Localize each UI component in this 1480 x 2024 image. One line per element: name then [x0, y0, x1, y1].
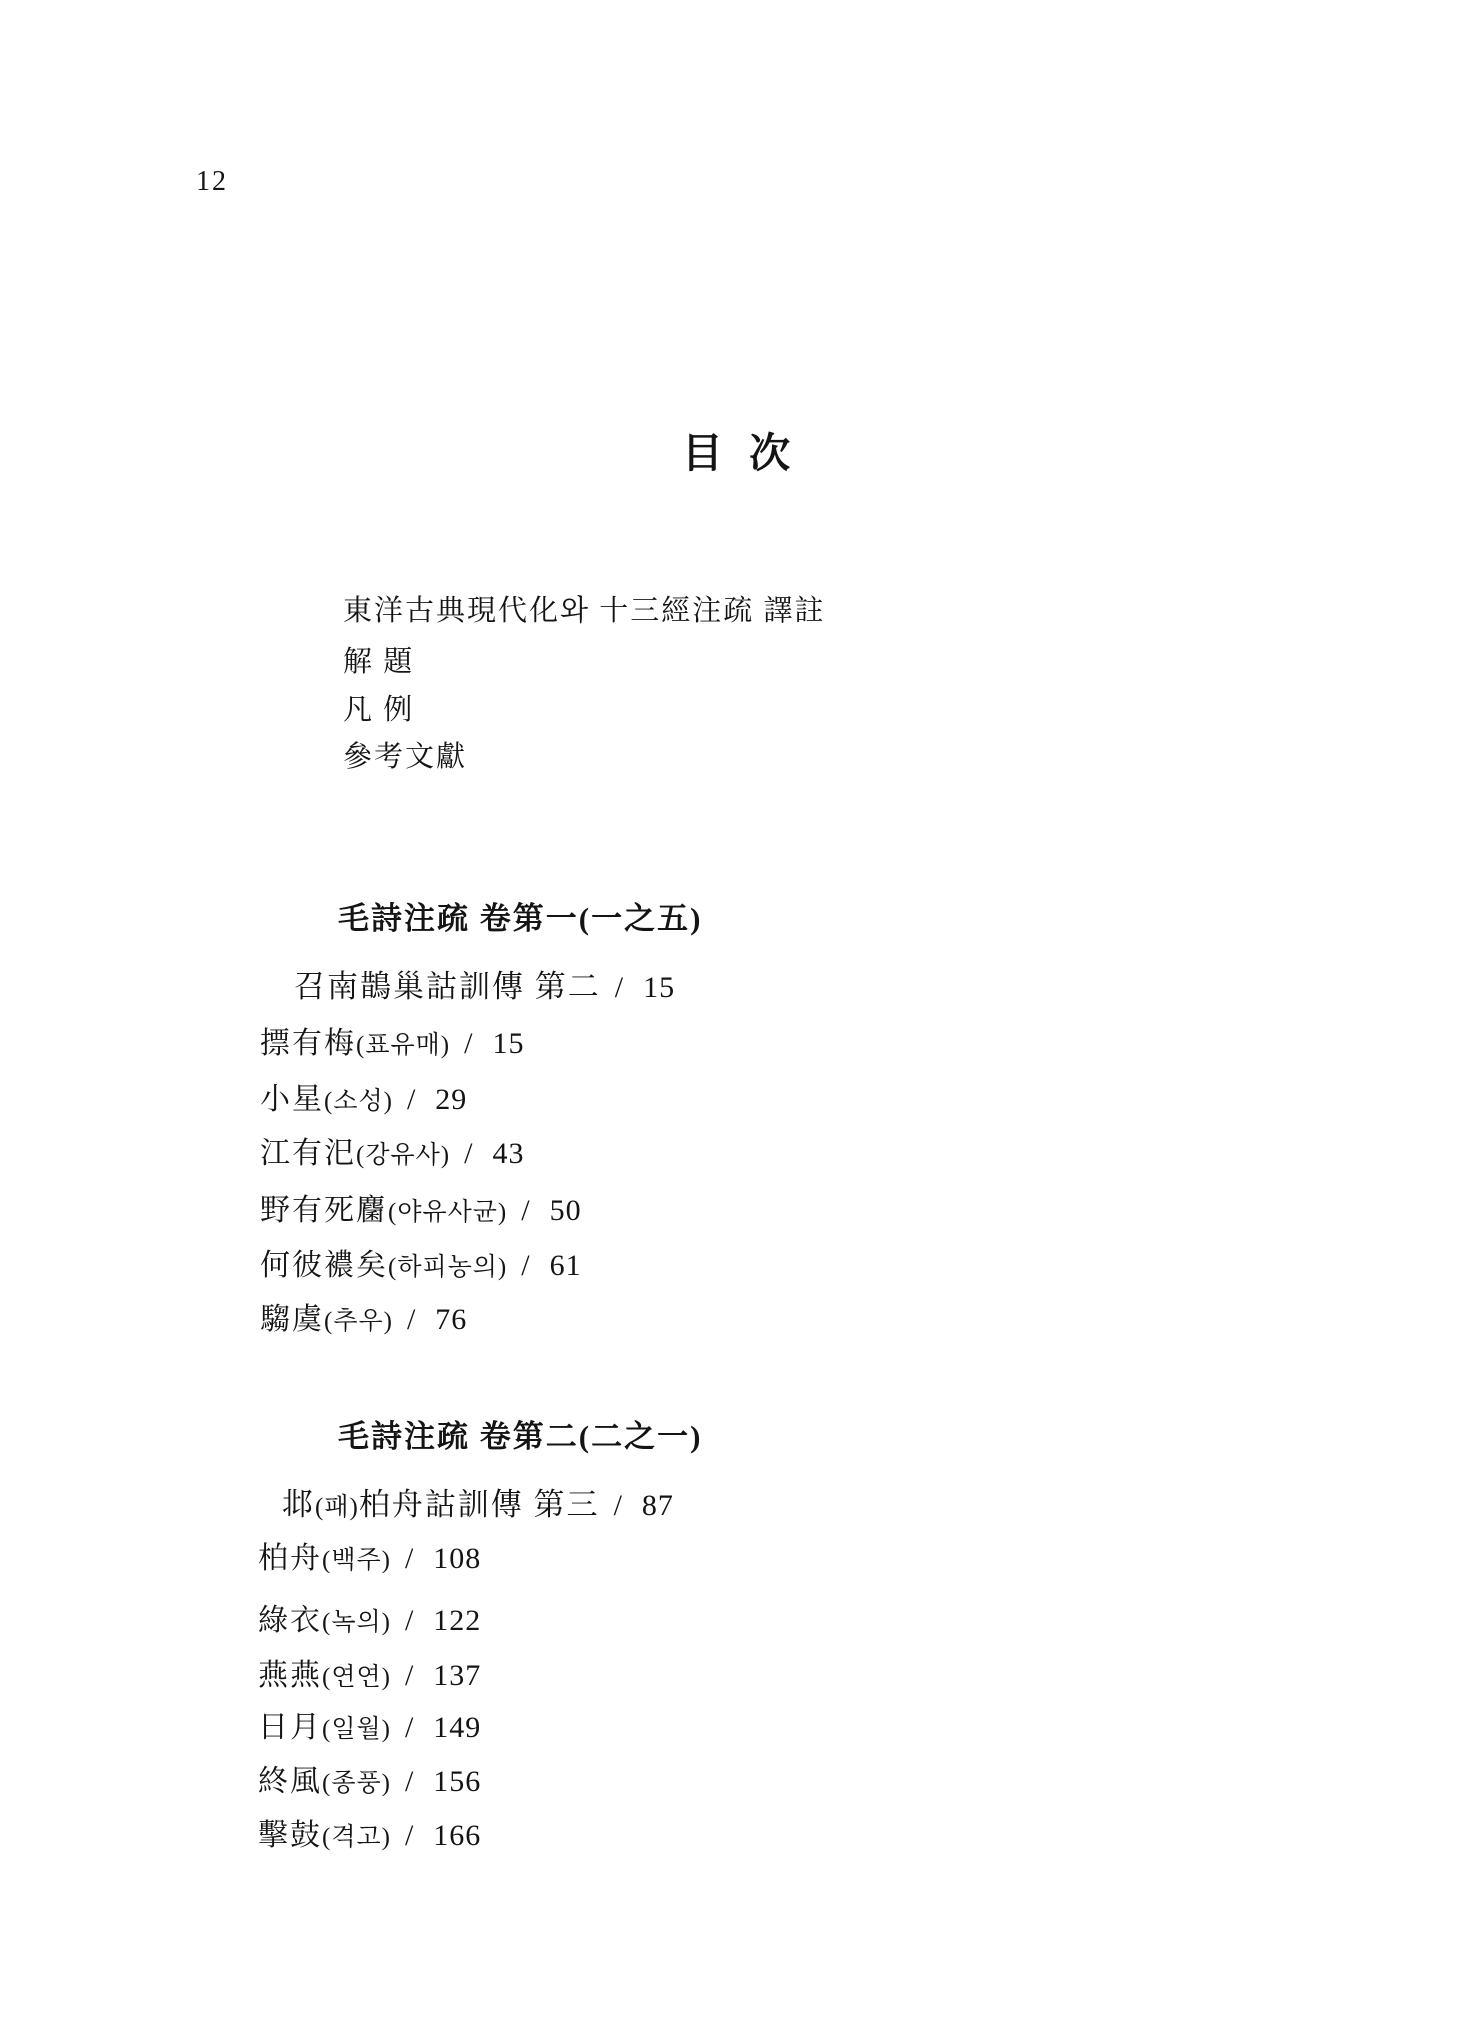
entry-separator: / [464, 1137, 474, 1171]
entry-title-rest: 柏舟詁訓傳 第三 [359, 1487, 600, 1522]
entry-title: 邶 [282, 1487, 315, 1522]
entry-page: 50 [550, 1194, 582, 1227]
entry-separator: / [521, 1249, 531, 1283]
entry-separator: / [405, 1711, 415, 1745]
page-title: 目 次 [0, 420, 1480, 479]
entry-title: 綠衣 [258, 1604, 322, 1637]
toc-entry: 燕燕(연연)/137 [258, 1650, 481, 1694]
entry-separator: / [405, 1765, 415, 1799]
front-matter-item: 東洋古典現代化와 十三經注疏 譯註 [343, 588, 826, 629]
entry-reading: (연연) [322, 1664, 391, 1691]
scanned-toc-page: 12 目 次 東洋古典現代化와 十三經注疏 譯註 解 題 凡 例 參考文獻 毛詩… [0, 0, 1480, 2024]
toc-entry: 騶虞(추우)/76 [260, 1294, 467, 1338]
page-number: 12 [196, 166, 228, 198]
entry-title: 江有汜 [260, 1137, 356, 1170]
entry-page: 149 [433, 1711, 481, 1744]
entry-separator: / [521, 1194, 531, 1228]
entry-separator: / [407, 1303, 417, 1337]
toc-entry: 江有汜(강유사)/43 [260, 1128, 524, 1172]
subsection-entry: 邶(패)柏舟詁訓傳 第三/87 [282, 1479, 674, 1524]
entry-title: 騶虞 [260, 1303, 324, 1336]
entry-title: 小星 [260, 1083, 324, 1116]
toc-entry: 摽有梅(표유매)/15 [260, 1018, 524, 1062]
entry-page: 29 [435, 1083, 467, 1116]
section-header: 毛詩注疏 卷第二(二之一) [338, 1411, 702, 1456]
toc-entry: 綠衣(녹의)/122 [258, 1595, 481, 1639]
entry-page: 166 [433, 1819, 481, 1852]
entry-separator: / [405, 1542, 415, 1576]
entry-separator: / [405, 1604, 415, 1638]
front-matter-item: 解 題 [343, 639, 414, 680]
toc-entry: 柏舟(백주)/108 [258, 1533, 481, 1577]
entry-separator: / [464, 1027, 474, 1061]
entry-reading: (야유사균) [388, 1199, 507, 1226]
entry-title: 摽有梅 [260, 1027, 356, 1060]
entry-title: 何彼襛矣 [260, 1249, 388, 1282]
section-header: 毛詩注疏 卷第一(一之五) [338, 893, 702, 938]
entry-reading: (백주) [322, 1547, 391, 1574]
toc-entry: 小星(소성)/29 [260, 1074, 467, 1118]
entry-separator: / [405, 1659, 415, 1693]
entry-page: 108 [433, 1542, 481, 1575]
entry-reading: (일월) [322, 1716, 391, 1743]
entry-page: 137 [433, 1659, 481, 1692]
entry-title: 野有死麕 [260, 1194, 388, 1227]
entry-page: 15 [492, 1027, 524, 1060]
entry-reading: (패) [315, 1494, 359, 1521]
entry-separator: / [614, 1489, 624, 1523]
entry-separator: / [407, 1083, 417, 1117]
toc-entry: 何彼襛矣(하피농의)/61 [260, 1240, 582, 1284]
entry-page: 76 [435, 1303, 467, 1336]
entry-page: 122 [433, 1604, 481, 1637]
front-matter-item: 參考文獻 [343, 734, 467, 775]
entry-reading: (소성) [324, 1088, 393, 1115]
entry-page: 156 [433, 1765, 481, 1798]
toc-entry: 終風(종풍)/156 [258, 1756, 481, 1800]
entry-title: 召南鵲巢詁訓傳 第二 [294, 969, 601, 1004]
entry-reading: (녹의) [322, 1609, 391, 1636]
entry-reading: (추우) [324, 1308, 393, 1335]
toc-entry: 日月(일월)/149 [258, 1702, 481, 1746]
entry-title: 日月 [258, 1711, 322, 1744]
entry-reading: (종풍) [322, 1770, 391, 1797]
entry-title: 燕燕 [258, 1659, 322, 1692]
front-matter-item: 凡 例 [343, 687, 414, 728]
subsection-entry: 召南鵲巢詁訓傳 第二/15 [294, 961, 675, 1006]
entry-page: 43 [492, 1137, 524, 1170]
entry-page: 87 [642, 1489, 674, 1522]
entry-reading: (표유매) [356, 1032, 450, 1059]
entry-title: 擊鼓 [258, 1819, 322, 1852]
entry-separator: / [405, 1819, 415, 1853]
entry-page: 61 [550, 1249, 582, 1282]
entry-title: 終風 [258, 1765, 322, 1798]
toc-entry: 擊鼓(격고)/166 [258, 1810, 481, 1854]
entry-title: 柏舟 [258, 1542, 322, 1575]
entry-reading: (강유사) [356, 1142, 450, 1169]
entry-reading: (하피농의) [388, 1254, 507, 1281]
entry-reading: (격고) [322, 1824, 391, 1851]
entry-page: 15 [643, 971, 675, 1004]
toc-entry: 野有死麕(야유사균)/50 [260, 1185, 582, 1229]
entry-separator: / [615, 971, 625, 1005]
